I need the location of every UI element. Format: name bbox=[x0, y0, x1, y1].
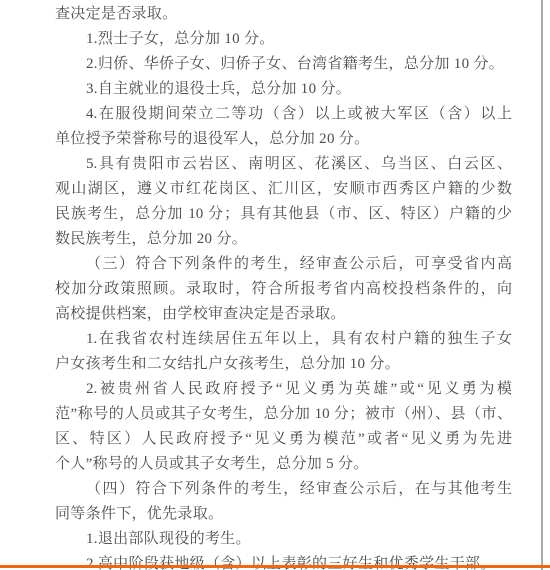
scrollbar-track[interactable] bbox=[541, 0, 543, 570]
document-text-body: 查决定是否录取。 1.烈士子女，总分加 10 分。 2.归侨、华侨子女、归侨子女… bbox=[55, 2, 512, 570]
doc-line: 5.具有贵阳市云岩区、南明区、花溪区、乌当区、白云区、 bbox=[55, 152, 512, 177]
doc-line: 4.在服役期间荣立二等功（含）以上或被大军区（含）以上 bbox=[55, 102, 512, 127]
doc-line: 3.自主就业的退役士兵，总分加 10 分。 bbox=[55, 77, 512, 102]
doc-line: 查决定是否录取。 bbox=[55, 2, 512, 27]
doc-line: 单位授予荣誉称号的退役军人，总分加 20 分。 bbox=[55, 127, 512, 152]
doc-line: （三）符合下列条件的考生，经审查公示后，可享受省内高 bbox=[55, 252, 512, 277]
orange-divider-line bbox=[0, 565, 550, 568]
doc-line: 2.归侨、华侨子女、归侨子女、台湾省籍考生，总分加 10 分。 bbox=[55, 52, 512, 77]
doc-line: 高校提供档案，由学校审查决定是否录取。 bbox=[55, 302, 512, 327]
doc-line: 区、特区）人民政府授予“见义勇为模范”或者“见义勇为先进 bbox=[55, 427, 512, 452]
doc-line: 1.在我省农村连续居住五年以上，具有农村户籍的独生子女 bbox=[55, 327, 512, 352]
doc-line: 数民族考生，总分加 20 分。 bbox=[55, 227, 512, 252]
doc-line: 2.被贵州省人民政府授予“见义勇为英雄”或“见义勇为模 bbox=[55, 377, 512, 402]
doc-line: 校加分政策照顾。录取时，符合所报考省内高校投档条件的，向 bbox=[55, 277, 512, 302]
doc-line: 个人”称号的人员或其子女考生，总分加 5 分。 bbox=[55, 452, 512, 477]
document-page: 查决定是否录取。 1.烈士子女，总分加 10 分。 2.归侨、华侨子女、归侨子女… bbox=[0, 0, 550, 570]
doc-line: 同等条件下，优先录取。 bbox=[55, 502, 512, 527]
doc-line: 1.退出部队现役的考生。 bbox=[55, 527, 512, 552]
doc-line: 1.烈士子女，总分加 10 分。 bbox=[55, 27, 512, 52]
doc-line: 观山湖区，遵义市红花岗区、汇川区，安顺市西秀区户籍的少数 bbox=[55, 177, 512, 202]
doc-line: 户女孩考生和二女结扎户女孩考生，总分加 10 分。 bbox=[55, 352, 512, 377]
doc-line: （四）符合下列条件的考生，经审查公示后，在与其他考生 bbox=[55, 477, 512, 502]
doc-line: 范”称号的人员或其子女考生，总分加 10 分；被市（州）、县（市、 bbox=[55, 402, 512, 427]
doc-line: 民族考生，总分加 10 分；具有其他县（市、区、特区）户籍的少 bbox=[55, 202, 512, 227]
